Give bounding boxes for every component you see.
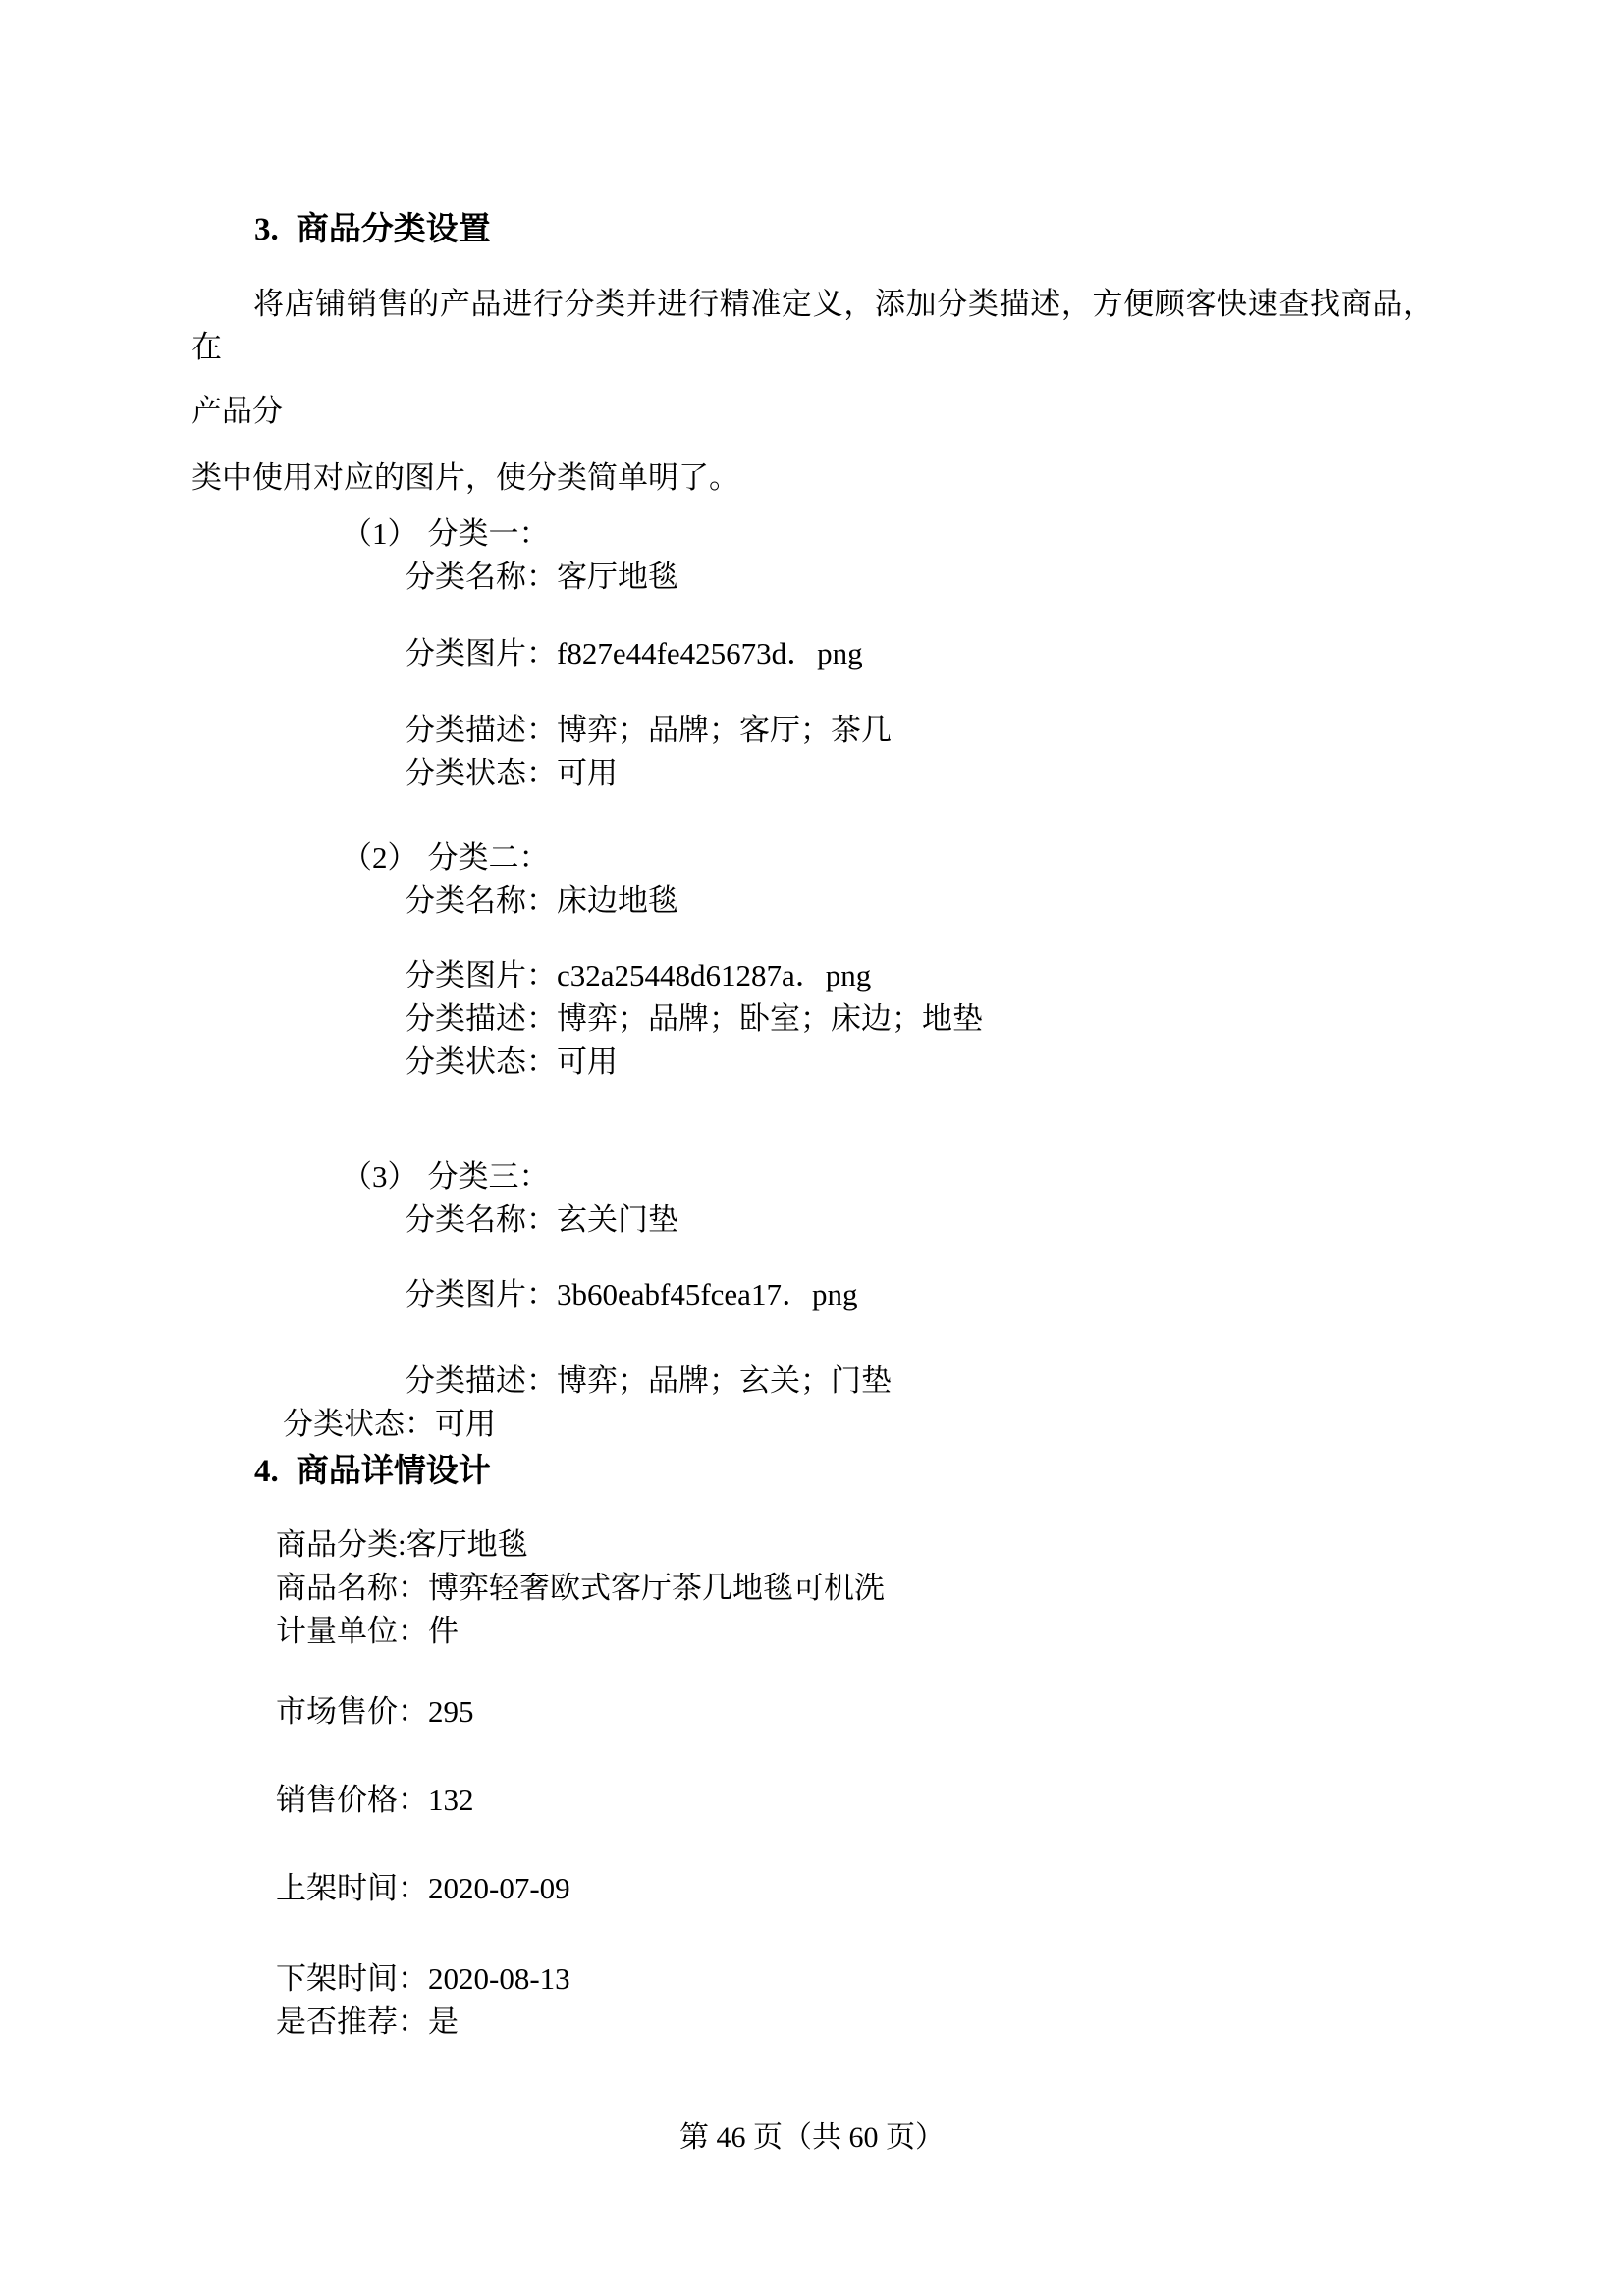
market-price-label: 市场售价：	[276, 1694, 428, 1729]
category-3-name-line: 分类名称：玄关门垫	[405, 1199, 1434, 1242]
category-1-name-value: 客厅地毯	[557, 560, 678, 594]
shelf-off-date-line: 下架时间：2020-08-13	[276, 1957, 1434, 2001]
category-1-status-line: 分类状态：可用	[405, 752, 1434, 795]
category-3: （3）分类三： 分类名称：玄关门垫 分类图片：3b60eabf45fcea17．…	[191, 1155, 1434, 1446]
category-2-image-value: c32a25448d61287a．png	[557, 958, 871, 992]
category-1-status-value: 可用	[557, 756, 618, 790]
category-1-name-label: 分类名称：	[405, 560, 557, 594]
section-4-heading: 4.商品详情设计	[254, 1446, 1434, 1497]
category-1-index: （1）	[342, 516, 418, 551]
product-details: 商品分类:客厅地毯 商品名称：博弈轻奢欧式客厅茶几地毯可机洗 计量单位：件 市场…	[191, 1523, 1434, 2044]
section-4-title: 商品详情设计	[297, 1454, 491, 1489]
category-3-title-line: （3）分类三：	[342, 1155, 1434, 1199]
recommend-value: 是	[428, 2004, 459, 2039]
intro-line-3: 类中使用对应的图片，使分类简单明了。	[191, 456, 1434, 500]
category-3-index: （3）	[342, 1159, 418, 1194]
section-3-number: 3.	[254, 212, 279, 247]
category-3-status-label: 分类状态：	[283, 1407, 435, 1441]
product-category-value: 客厅地毯	[406, 1527, 528, 1562]
category-2-status-label: 分类状态：	[405, 1044, 557, 1079]
category-1-name-line: 分类名称：客厅地毯	[405, 556, 1434, 599]
intro-line-1: 将店铺销售的产品进行分类并进行精准定义，添加分类描述，方便顾客快速查找商品，在	[191, 283, 1434, 369]
sale-price-value: 132	[428, 1783, 474, 1817]
shelf-off-date-label: 下架时间：	[276, 1961, 428, 1996]
category-2-name-line: 分类名称：床边地毯	[405, 880, 1434, 923]
category-1-image-line: 分类图片：f827e44fe425673d．png	[405, 632, 1434, 675]
recommend-label: 是否推荐：	[276, 2004, 428, 2039]
category-3-name-value: 玄关门垫	[557, 1202, 678, 1237]
section-3-heading: 3.商品分类设置	[254, 204, 1434, 255]
category-1-heading: 分类一：	[428, 516, 550, 551]
market-price-line: 市场售价：295	[276, 1690, 1434, 1734]
product-name-value: 博弈轻奢欧式客厅茶几地毯可机洗	[428, 1571, 885, 1605]
shelf-on-date-value: 2020-07-09	[428, 1871, 570, 1905]
category-2-index: （2）	[342, 840, 418, 875]
category-2-desc-label: 分类描述：	[405, 1001, 557, 1036]
category-2-desc-value: 博弈；品牌；卧室；床边；地垫	[557, 1001, 983, 1036]
section-3-title: 商品分类设置	[297, 212, 491, 247]
category-2-desc-line: 分类描述：博弈；品牌；卧室；床边；地垫	[405, 997, 1434, 1041]
category-1-image-value: f827e44fe425673d．png	[557, 636, 863, 670]
sale-price-label: 销售价格：	[276, 1783, 428, 1817]
product-name-line: 商品名称：博弈轻奢欧式客厅茶几地毯可机洗	[276, 1567, 1434, 1610]
page-footer: 第 46 页（共 60 页）	[0, 2116, 1624, 2160]
shelf-on-date-label: 上架时间：	[276, 1871, 428, 1905]
unit-line: 计量单位：件	[276, 1610, 1434, 1653]
category-1-desc-line: 分类描述：博弈；品牌；客厅；茶几	[405, 709, 1434, 752]
category-3-name-label: 分类名称：	[405, 1202, 557, 1237]
category-2-name-label: 分类名称：	[405, 883, 557, 918]
shelf-off-date-value: 2020-08-13	[428, 1961, 570, 1996]
category-3-desc-label: 分类描述：	[405, 1363, 557, 1398]
category-2-title-line: （2）分类二：	[342, 836, 1434, 880]
category-2-heading: 分类二：	[428, 840, 550, 875]
category-3-status-line: 分类状态：可用	[283, 1403, 1434, 1446]
sale-price-line: 销售价格：132	[276, 1779, 1434, 1822]
category-3-image-value: 3b60eabf45fcea17．png	[557, 1277, 857, 1311]
document-page: 3.商品分类设置 将店铺销售的产品进行分类并进行精准定义，添加分类描述，方便顾客…	[0, 0, 1624, 2296]
recommend-line: 是否推荐：是	[276, 2001, 1434, 2044]
category-1-status-label: 分类状态：	[405, 756, 557, 790]
market-price-value: 295	[428, 1694, 474, 1729]
category-1-desc-label: 分类描述：	[405, 713, 557, 747]
section-4-number: 4.	[254, 1454, 279, 1489]
category-3-image-label: 分类图片：	[405, 1277, 557, 1311]
category-2-image-line: 分类图片：c32a25448d61287a．png	[405, 954, 1434, 997]
product-category-label: 商品分类:	[276, 1527, 406, 1562]
unit-label: 计量单位：	[276, 1614, 428, 1648]
category-3-heading: 分类三：	[428, 1159, 550, 1194]
category-2-image-label: 分类图片：	[405, 958, 557, 992]
intro-line-2: 产品分	[191, 390, 1434, 433]
category-3-desc-value: 博弈；品牌；玄关；门垫	[557, 1363, 892, 1398]
category-3-image-line: 分类图片：3b60eabf45fcea17．png	[405, 1273, 1434, 1316]
category-1: （1）分类一： 分类名称：客厅地毯 分类图片：f827e44fe425673d．…	[191, 512, 1434, 795]
category-1-title-line: （1）分类一：	[342, 512, 1434, 556]
category-2-name-value: 床边地毯	[557, 883, 678, 918]
unit-value: 件	[428, 1614, 459, 1648]
shelf-on-date-line: 上架时间：2020-07-09	[276, 1867, 1434, 1910]
category-1-image-label: 分类图片：	[405, 636, 557, 670]
category-3-status-value: 可用	[435, 1407, 496, 1441]
product-name-label: 商品名称：	[276, 1571, 428, 1605]
category-2-status-line: 分类状态：可用	[405, 1041, 1434, 1084]
category-3-desc-line: 分类描述：博弈；品牌；玄关；门垫	[405, 1360, 1434, 1403]
category-2-status-value: 可用	[557, 1044, 618, 1079]
product-category-line: 商品分类:客厅地毯	[276, 1523, 1434, 1567]
category-2: （2）分类二： 分类名称：床边地毯 分类图片：c32a25448d61287a．…	[191, 836, 1434, 1084]
category-1-desc-value: 博弈；品牌；客厅；茶几	[557, 713, 892, 747]
